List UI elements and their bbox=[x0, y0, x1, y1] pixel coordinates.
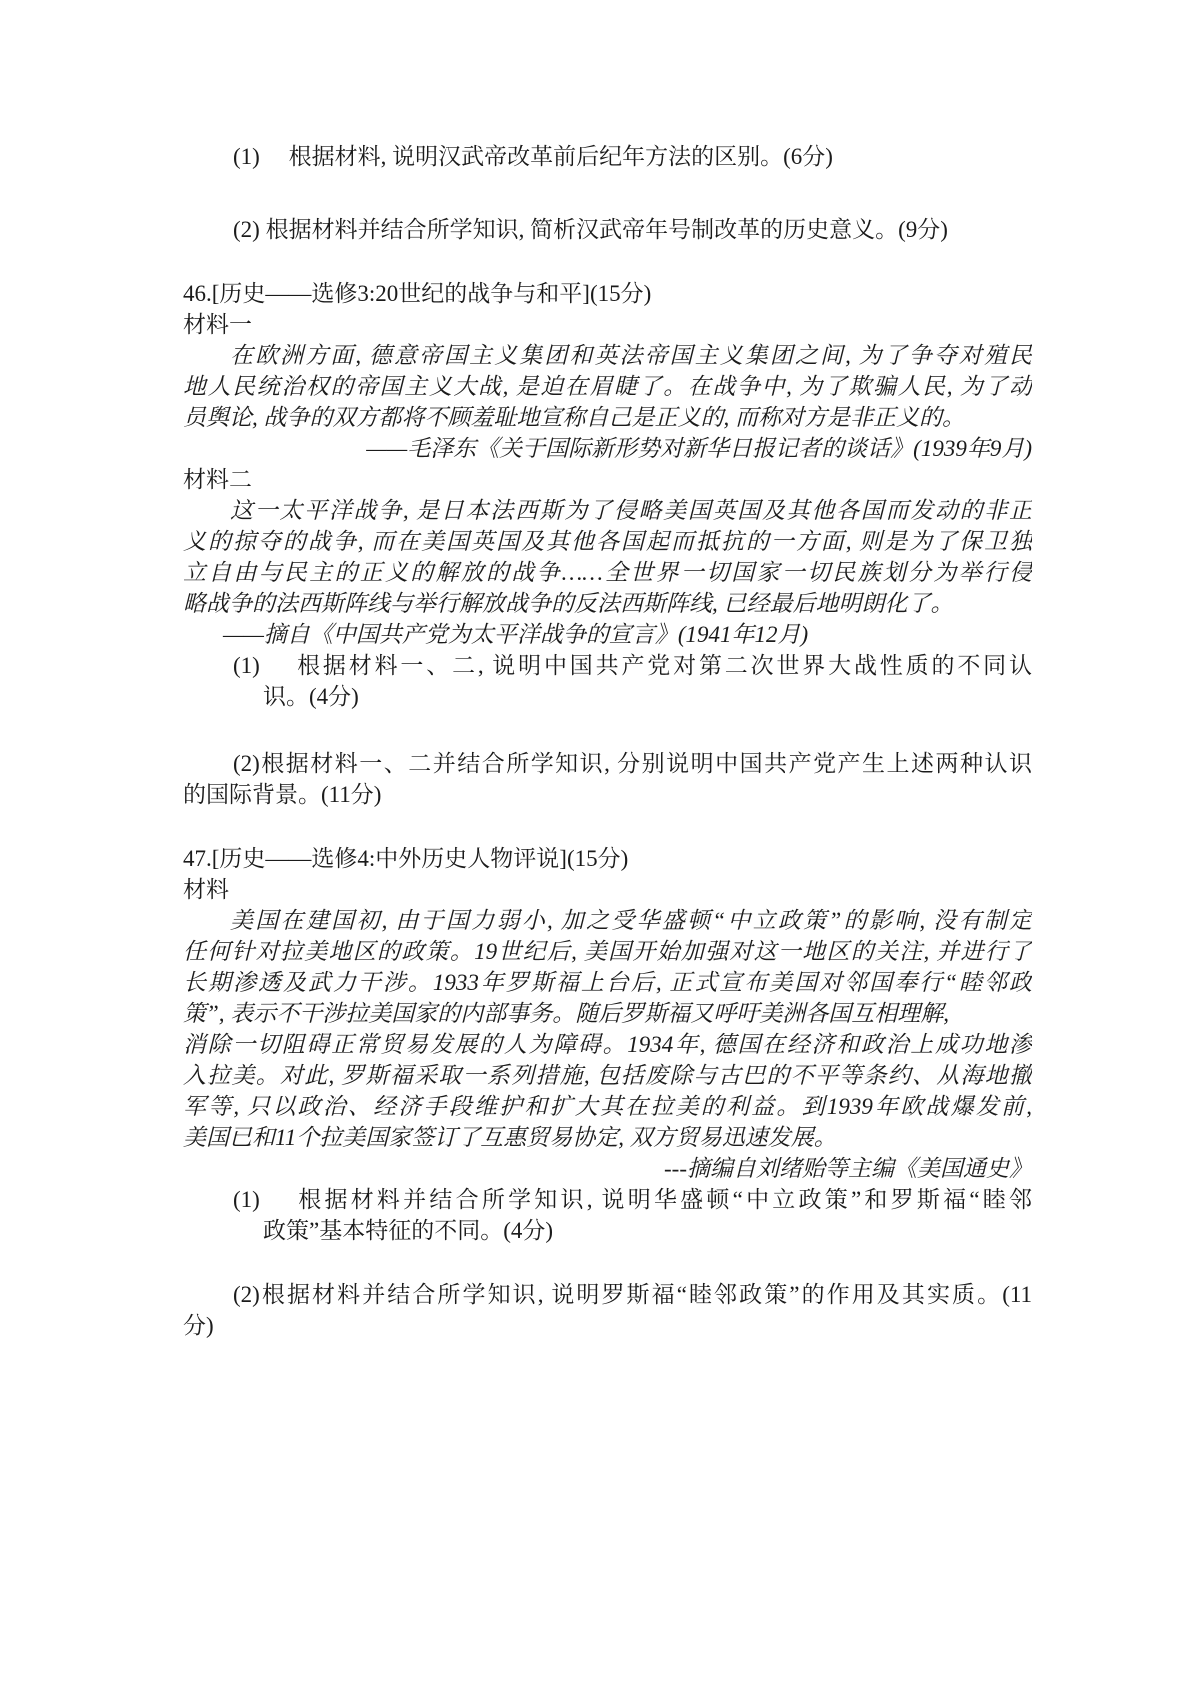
material-one-line-1: 在欧洲方面, 德意帝国主义集团和英法帝国主义集团之间, 为了争夺对殖民 bbox=[183, 340, 1032, 371]
material-line-1: 美国在建国初, 由于国力弱小, 加之受华盛顿“中立政策”的影响, 没有制定 bbox=[183, 905, 1032, 936]
question45-part2: (2) 根据材料并结合所学知识, 简析汉武帝年号制改革的历史意义。(9分) bbox=[183, 214, 1032, 245]
material-one-label: 材料一 bbox=[183, 309, 1032, 340]
question46-part2-line-2: 的国际背景。(11分) bbox=[183, 779, 1032, 810]
exam-text-block: (1) 根据材料, 说明汉武帝改革前后纪年方法的区别。(6分) (2) 根据材料… bbox=[183, 141, 1032, 1341]
question46-part1-line-2: 识。(4分) bbox=[183, 681, 1032, 712]
question45-part1: (1) 根据材料, 说明汉武帝改革前后纪年方法的区别。(6分) bbox=[183, 141, 1032, 172]
question46-heading: 46.[历史——选修3:20世纪的战争与和平](15分) bbox=[183, 278, 1032, 309]
question47-part1-line-1: (1) 根据材料并结合所学知识, 说明华盛顿“中立政策”和罗斯福“睦邻 bbox=[183, 1184, 1032, 1215]
question46-part1-line-1: (1) 根据材料一、二, 说明中国共产党对第二次世界大战性质的不同认 bbox=[183, 650, 1032, 681]
material-two-label: 材料二 bbox=[183, 464, 1032, 495]
material-one-source: ——毛泽东《关于国际新形势对新华日报记者的谈话》(1939年9月) bbox=[183, 433, 1032, 464]
question46-part2-line-1: (2)根据材料一、二并结合所学知识, 分别说明中国共产党产生上述两种认识 bbox=[183, 748, 1032, 779]
material-two-line-1: 这一太平洋战争, 是日本法西斯为了侵略美国英国及其他各国而发动的非正 bbox=[183, 495, 1032, 526]
question47-heading: 47.[历史——选修4:中外历史人物评说](15分) bbox=[183, 843, 1032, 874]
material-line-8: 美国已和11个拉美国家签订了互惠贸易协定, 双方贸易迅速发展。 bbox=[183, 1122, 1032, 1153]
material-line-6: 入拉美。对此, 罗斯福采取一系列措施, 包括废除与古巴的不平等条约、从海地撤 bbox=[183, 1060, 1032, 1091]
material-label: 材料 bbox=[183, 874, 1032, 905]
question47-part2-line-1: (2)根据材料并结合所学知识, 说明罗斯福“睦邻政策”的作用及其实质。(11 bbox=[183, 1279, 1032, 1310]
material-line-5: 消除一切阻碍正常贸易发展的人为障碍。1934年, 德国在经济和政治上成功地渗 bbox=[183, 1029, 1032, 1060]
material-line-4: 策”, 表示不干涉拉美国家的内部事务。随后罗斯福又呼吁美洲各国互相理解, bbox=[183, 998, 1032, 1029]
material-two-source: ——摘自《中国共产党为太平洋战争的宣言》(1941年12月) bbox=[183, 619, 1032, 650]
question47-part1-line-2: 政策”基本特征的不同。(4分) bbox=[183, 1215, 1032, 1246]
material-two-line-3: 立自由与民主的正义的解放的战争……全世界一切国家一切民族划分为举行侵 bbox=[183, 557, 1032, 588]
material-one-line-2: 地人民统治权的帝国主义大战, 是迫在眉睫了。在战争中, 为了欺骗人民, 为了动 bbox=[183, 371, 1032, 402]
material-two-line-2: 义的掠夺的战争, 而在美国英国及其他各国起而抵抗的一方面, 则是为了保卫独 bbox=[183, 526, 1032, 557]
material-two-line-4: 略战争的法西斯阵线与举行解放战争的反法西斯阵线, 已经最后地明朗化了。 bbox=[183, 588, 1032, 619]
material-one-line-3: 员舆论, 战争的双方都将不顾羞耻地宣称自己是正义的, 而称对方是非正义的。 bbox=[183, 402, 1032, 433]
material-line-7: 军等, 只以政治、经济手段维护和扩大其在拉美的利益。到1939年欧战爆发前, bbox=[183, 1091, 1032, 1122]
material-line-3: 长期渗透及武力干涉。1933年罗斯福上台后, 正式宣布美国对邻国奉行“睦邻政 bbox=[183, 967, 1032, 998]
material-line-2: 任何针对拉美地区的政策。19世纪后, 美国开始加强对这一地区的关注, 并进行了 bbox=[183, 936, 1032, 967]
exam-page: (1) 根据材料, 说明汉武帝改革前后纪年方法的区别。(6分) (2) 根据材料… bbox=[0, 0, 1200, 1698]
material-source: ---摘编自刘绪贻等主编《美国通史》 bbox=[183, 1153, 1032, 1184]
question47-part2-line-2: 分) bbox=[183, 1310, 1032, 1341]
